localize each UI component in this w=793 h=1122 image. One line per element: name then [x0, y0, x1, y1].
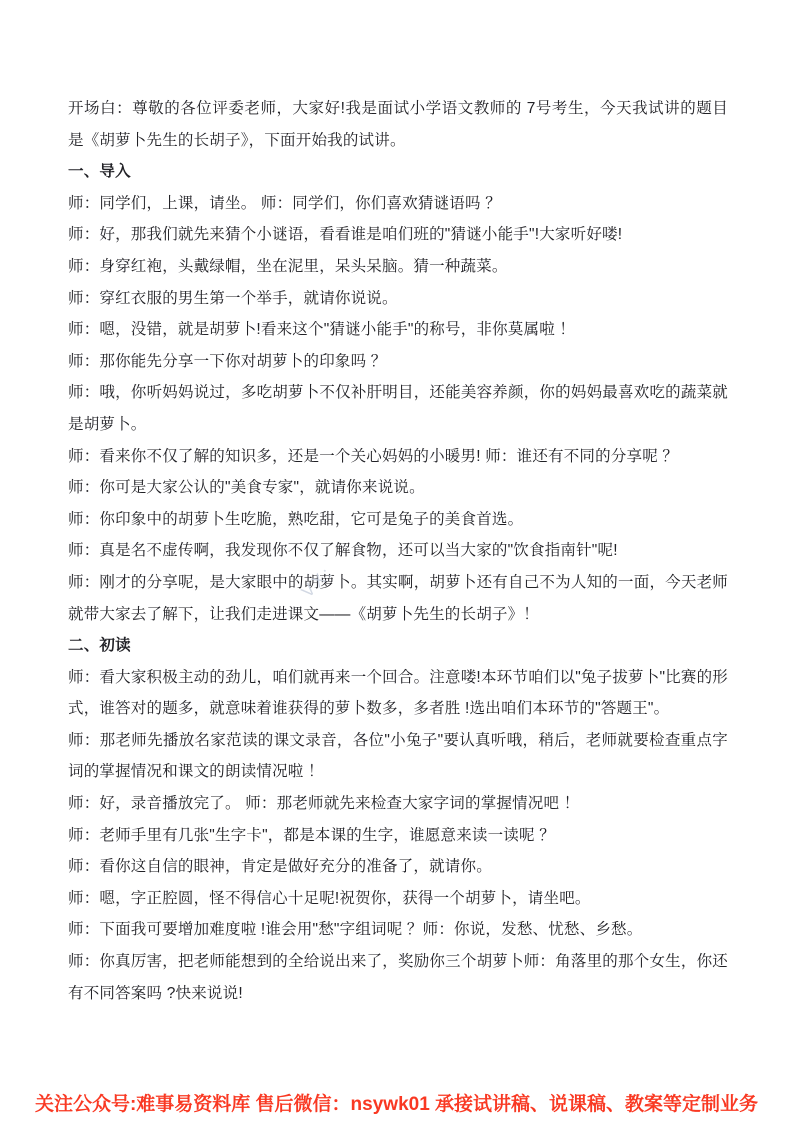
- script-paragraph: 师：你可是大家公认的"美食专家"，就请你来说说。: [68, 472, 728, 504]
- footer-promo-text: 关注公众号:难事易资料库 售后微信：nsywk01 承接试讲稿、说课稿、教案等定…: [0, 1089, 793, 1116]
- script-paragraph: 师：嗯，字正腔圆，怪不得信心十足呢!祝贺你，获得一个胡萝卜，请坐吧。: [68, 883, 728, 915]
- script-paragraph: 师：你印象中的胡萝卜生吃脆，熟吃甜，它可是兔子的美食首选。: [68, 504, 728, 536]
- lesson-script-body: 开场白：尊敬的各位评委老师，大家好!我是面试小学语文教师的 7号考生，今天我试讲…: [68, 93, 728, 1009]
- script-paragraph: 师：身穿红袍，头戴绿帽，坐在泥里，呆头呆脑。猜一种蔬菜。: [68, 251, 728, 283]
- script-paragraph: 师：老师手里有几张"生字卡"，都是本课的生字，谁愿意来读一读呢 ？: [68, 820, 728, 852]
- script-paragraph: 师：嗯，没错，就是胡萝卜!看来这个"猜谜小能手"的称号，非你莫属啦 ！: [68, 314, 728, 346]
- document-page: 开场白：尊敬的各位评委老师，大家好!我是面试小学语文教师的 7号考生，今天我试讲…: [0, 0, 793, 1122]
- script-paragraph: 师：看你这自信的眼神，肯定是做好充分的准备了，就请你。: [68, 851, 728, 883]
- script-paragraph: 师：好，那我们就先来猜个小谜语，看看谁是咱们班的"猜谜小能手"!大家听好喽!: [68, 219, 728, 251]
- script-paragraph: 师：那老师先播放名家范读的课文录音，各位"小兔子"要认真听哦，稍后，老师就要检查…: [68, 725, 728, 788]
- script-paragraph: 师：真是名不虚传啊，我发现你不仅了解食物，还可以当大家的"饮食指南针"呢!: [68, 535, 728, 567]
- script-paragraph: 师：看大家积极主动的劲儿，咱们就再来一个回合。注意喽!本环节咱们以"兔子拔萝卜"…: [68, 662, 728, 725]
- script-paragraph: 师：下面我可要增加难度啦 !谁会用"愁"字组词呢 ？师：你说，发愁、忧愁、乡愁。: [68, 914, 728, 946]
- script-paragraph: 师：哦，你听妈妈说过，多吃胡萝卜不仅补肝明目，还能美容养颜，你的妈妈最喜欢吃的蔬…: [68, 377, 728, 440]
- script-paragraph: 师：你真厉害，把老师能想到的全给说出来了，奖励你三个胡萝卜师：角落里的那个女生，…: [68, 946, 728, 1009]
- script-paragraph: 师：那你能先分享一下你对胡萝卜的印象吗 ？: [68, 346, 728, 378]
- script-paragraph: 二、初读: [68, 630, 728, 662]
- script-paragraph: 师：穿红衣服的男生第一个举手，就请你说说。: [68, 283, 728, 315]
- script-paragraph: 师：刚才的分享呢，是大家眼中的胡萝卜。其实啊，胡萝卜还有自己不为人知的一面，今天…: [68, 567, 728, 630]
- script-paragraph: 师：同学们，上课，请坐。 师：同学们，你们喜欢猜谜语吗 ？: [68, 188, 728, 220]
- script-paragraph: 开场白：尊敬的各位评委老师，大家好!我是面试小学语文教师的 7号考生，今天我试讲…: [68, 93, 728, 156]
- script-paragraph: 师：好，录音播放完了。 师：那老师就先来检查大家字词的掌握情况吧 ！: [68, 788, 728, 820]
- script-paragraph: 一、导入: [68, 156, 728, 188]
- script-paragraph: 师：看来你不仅了解的知识多，还是一个关心妈妈的小暖男! 师：谁还有不同的分享呢 …: [68, 441, 728, 473]
